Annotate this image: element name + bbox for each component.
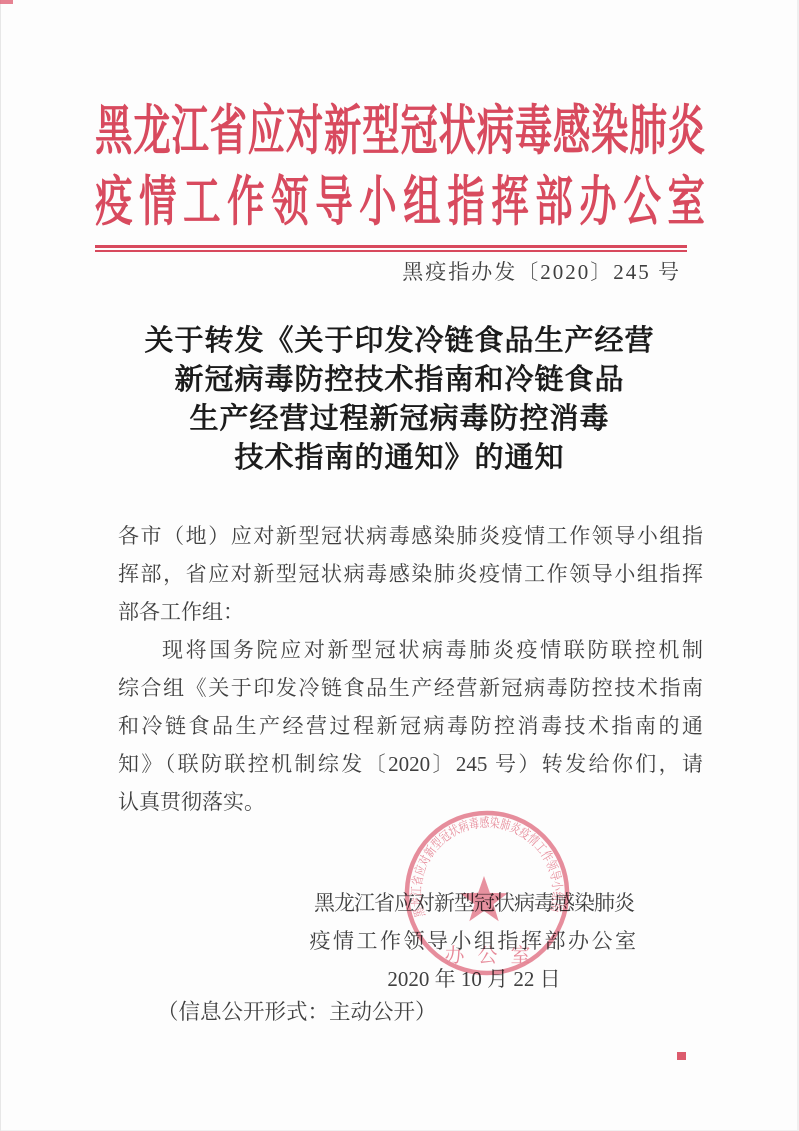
paragraph-addressees: 各市（地）应对新型冠状病毒感染肺炎疫情工作领导小组指 挥部，省应对新型冠状病毒感… (118, 517, 703, 631)
title-line-4: 技术指南的通知》的通知 (0, 439, 799, 478)
title-line-3: 生产经营过程新冠病毒防控消毒 (0, 400, 799, 439)
document-title: 关于转发《关于印发冷链食品生产经营 新冠病毒防控技术指南和冷链食品 生产经营过程… (0, 322, 799, 478)
scanned-official-document: { "colors": { "header_red": "#d84a5e", "… (0, 0, 799, 1131)
red-double-rule (95, 245, 687, 252)
letterhead: 黑龙江省应对新型冠状病毒感染肺炎 疫情工作领导小组指挥部办公室 (95, 96, 705, 238)
body-line: 部各工作组： (118, 593, 703, 631)
title-line-2: 新冠病毒防控技术指南和冷链食品 (0, 361, 799, 400)
body-line: 挥部，省应对新型冠状病毒感染肺炎疫情工作领导小组指挥 (118, 555, 703, 593)
body-line: 综合组《关于印发冷链食品生产经营新冠病毒防控技术指南 (118, 669, 703, 707)
body-line: 各市（地）应对新型冠状病毒感染肺炎疫情工作领导小组指 (118, 517, 703, 555)
scan-artifact-right-edge (677, 1052, 686, 1060)
title-line-1: 关于转发《关于印发冷链食品生产经营 (0, 322, 799, 361)
body-line: 知》（联防联控机制综发〔2020〕245 号）转发给你们，请 (118, 745, 703, 783)
official-seal: 黑龙江省应对新型冠状病毒感染肺炎疫情工作领导小组指挥部 办公室 (399, 805, 575, 981)
document-body: 各市（地）应对新型冠状病毒感染肺炎疫情工作领导小组指 挥部，省应对新型冠状病毒感… (118, 517, 703, 821)
scan-artifact-top-left (0, 0, 13, 4)
seal-office-text: 办公室 (445, 944, 544, 967)
seal-graphic: 黑龙江省应对新型冠状病毒感染肺炎疫情工作领导小组指挥部 办公室 (399, 805, 575, 981)
seal-star-icon (460, 876, 508, 921)
body-line: 现将国务院应对新型冠状病毒肺炎疫情联防联控机制 (118, 631, 703, 669)
body-line: 和冷链食品生产经营过程新冠病毒防控消毒技术指南的通 (118, 707, 703, 745)
document-number: 黑疫指办发〔2020〕245 号 (402, 257, 681, 287)
letterhead-line-1: 黑龙江省应对新型冠状病毒感染肺炎 (95, 96, 705, 167)
letterhead-line-2: 疫情工作领导小组指挥部办公室 (95, 167, 705, 238)
paragraph-main: 现将国务院应对新型冠状病毒肺炎疫情联防联控机制 综合组《关于印发冷链食品生产经营… (118, 631, 703, 821)
disclosure-note: （信息公开形式：主动公开） (157, 997, 437, 1027)
